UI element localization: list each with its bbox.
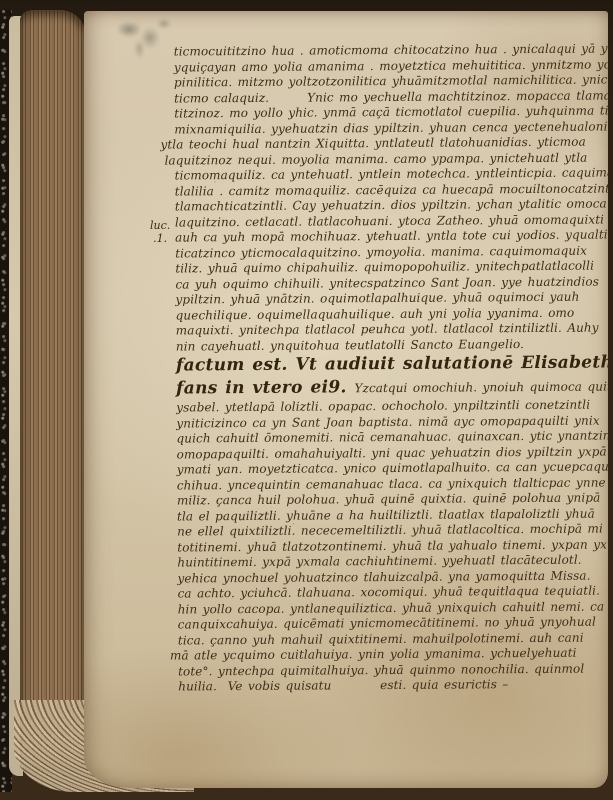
manuscript-text-inline: Yzcatqui omochiuh. ynoiuh quimoca quiti.… <box>354 379 608 395</box>
manuscript-text-line: maquixti. ynitechpa tlatlacol peuhca yot… <box>176 321 604 339</box>
manuscript-page: luc. .1. ticmocuititzino hua . amoticmom… <box>84 11 608 788</box>
manuscript-text-line: huilia. Ve vobis quisatu esti. quia esur… <box>178 676 606 694</box>
manuscript-text-block: ticmocuititzino hua . amoticmoma chitoca… <box>174 42 607 695</box>
manuscript-photograph: luc. .1. ticmocuititzino hua . amoticmom… <box>0 0 613 800</box>
book-fore-edge-leaves <box>20 10 86 766</box>
manuscript-text-line: tote°. yntechpa quimitalhuiya. yhuā quin… <box>178 661 606 679</box>
ink-smudge-doodle <box>108 11 178 63</box>
manuscript-text-line: fans in vtero ei9. Yzcatqui omochiuh. yn… <box>176 375 604 401</box>
margin-note-luke-1: luc. .1. <box>150 219 170 245</box>
manuscript-text-line: factum est. Vt audiuit salutationē Elisa… <box>176 352 604 378</box>
margin-note-line: .1. <box>150 232 170 245</box>
margin-note-line: luc. <box>150 219 170 232</box>
